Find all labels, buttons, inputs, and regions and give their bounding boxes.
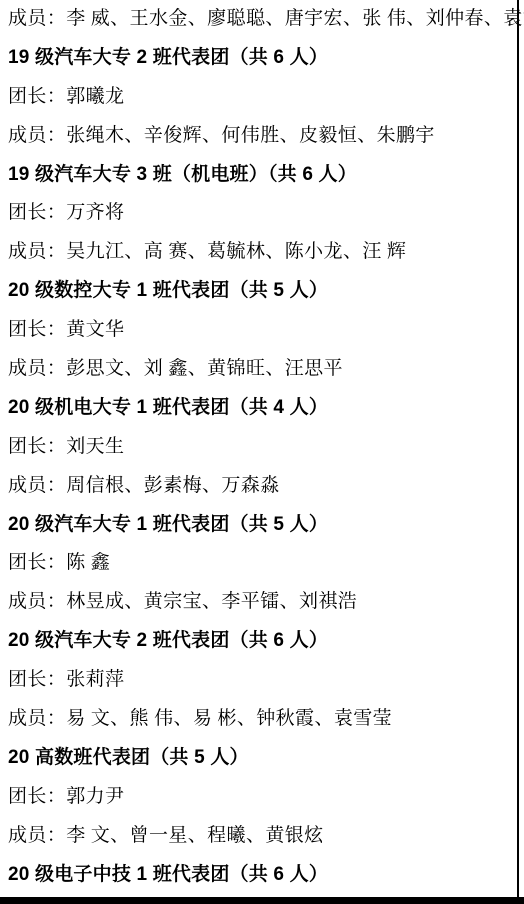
leader-line: 团长：陈 鑫 bbox=[8, 544, 512, 583]
leader-line: 团长：黄文华 bbox=[8, 311, 512, 350]
delegation-heading: 20 级汽车大专 1 班代表团（共 5 人） bbox=[8, 506, 512, 545]
leader-line: 团长：刘天生 bbox=[8, 428, 512, 467]
leader-line: 团长：万齐将 bbox=[8, 194, 512, 233]
document-page: 成员：李 威、王水金、廖聪聪、唐宇宏、张 伟、刘仲春、袁家欢19 级汽车大专 2… bbox=[0, 0, 524, 904]
delegation-heading: 19 级汽车大专 2 班代表团（共 6 人） bbox=[8, 39, 512, 78]
page-right-border bbox=[517, 0, 519, 904]
page-bottom-border bbox=[0, 897, 524, 904]
delegation-heading: 20 级电子中技 1 班代表团（共 6 人） bbox=[8, 856, 512, 895]
members-line: 成员：易 文、熊 伟、易 彬、钟秋霞、袁雪莹 bbox=[8, 700, 512, 739]
delegation-heading: 20 级数控大专 1 班代表团（共 5 人） bbox=[8, 272, 512, 311]
delegation-heading: 19 级汽车大专 3 班（机电班）（共 6 人） bbox=[8, 156, 512, 195]
members-line: 成员：林昱成、黄宗宝、李平镭、刘祺浩 bbox=[8, 583, 512, 622]
delegation-heading: 20 高数班代表团（共 5 人） bbox=[8, 739, 512, 778]
members-line: 成员：吴九江、高 赛、葛毓林、陈小龙、汪 辉 bbox=[8, 233, 512, 272]
delegation-heading: 20 级机电大专 1 班代表团（共 4 人） bbox=[8, 389, 512, 428]
members-line: 成员：彭思文、刘 鑫、黄锦旺、汪思平 bbox=[8, 350, 512, 389]
leader-line: 团长：郭力尹 bbox=[8, 778, 512, 817]
leader-line: 团长：张莉萍 bbox=[8, 661, 512, 700]
leader-line: 团长：郭曦龙 bbox=[8, 78, 512, 117]
members-line: 成员：张绳木、辛俊辉、何伟胜、皮毅恒、朱鹏宇 bbox=[8, 117, 512, 156]
members-line: 成员：周信根、彭素梅、万森淼 bbox=[8, 467, 512, 506]
members-line: 成员：李 威、王水金、廖聪聪、唐宇宏、张 伟、刘仲春、袁家欢 bbox=[8, 0, 512, 39]
delegation-heading: 20 级汽车大专 2 班代表团（共 6 人） bbox=[8, 622, 512, 661]
members-line: 成员：李 文、曾一星、程曦、黄银炫 bbox=[8, 817, 512, 856]
document-body: 成员：李 威、王水金、廖聪聪、唐宇宏、张 伟、刘仲春、袁家欢19 级汽车大专 2… bbox=[8, 0, 512, 894]
